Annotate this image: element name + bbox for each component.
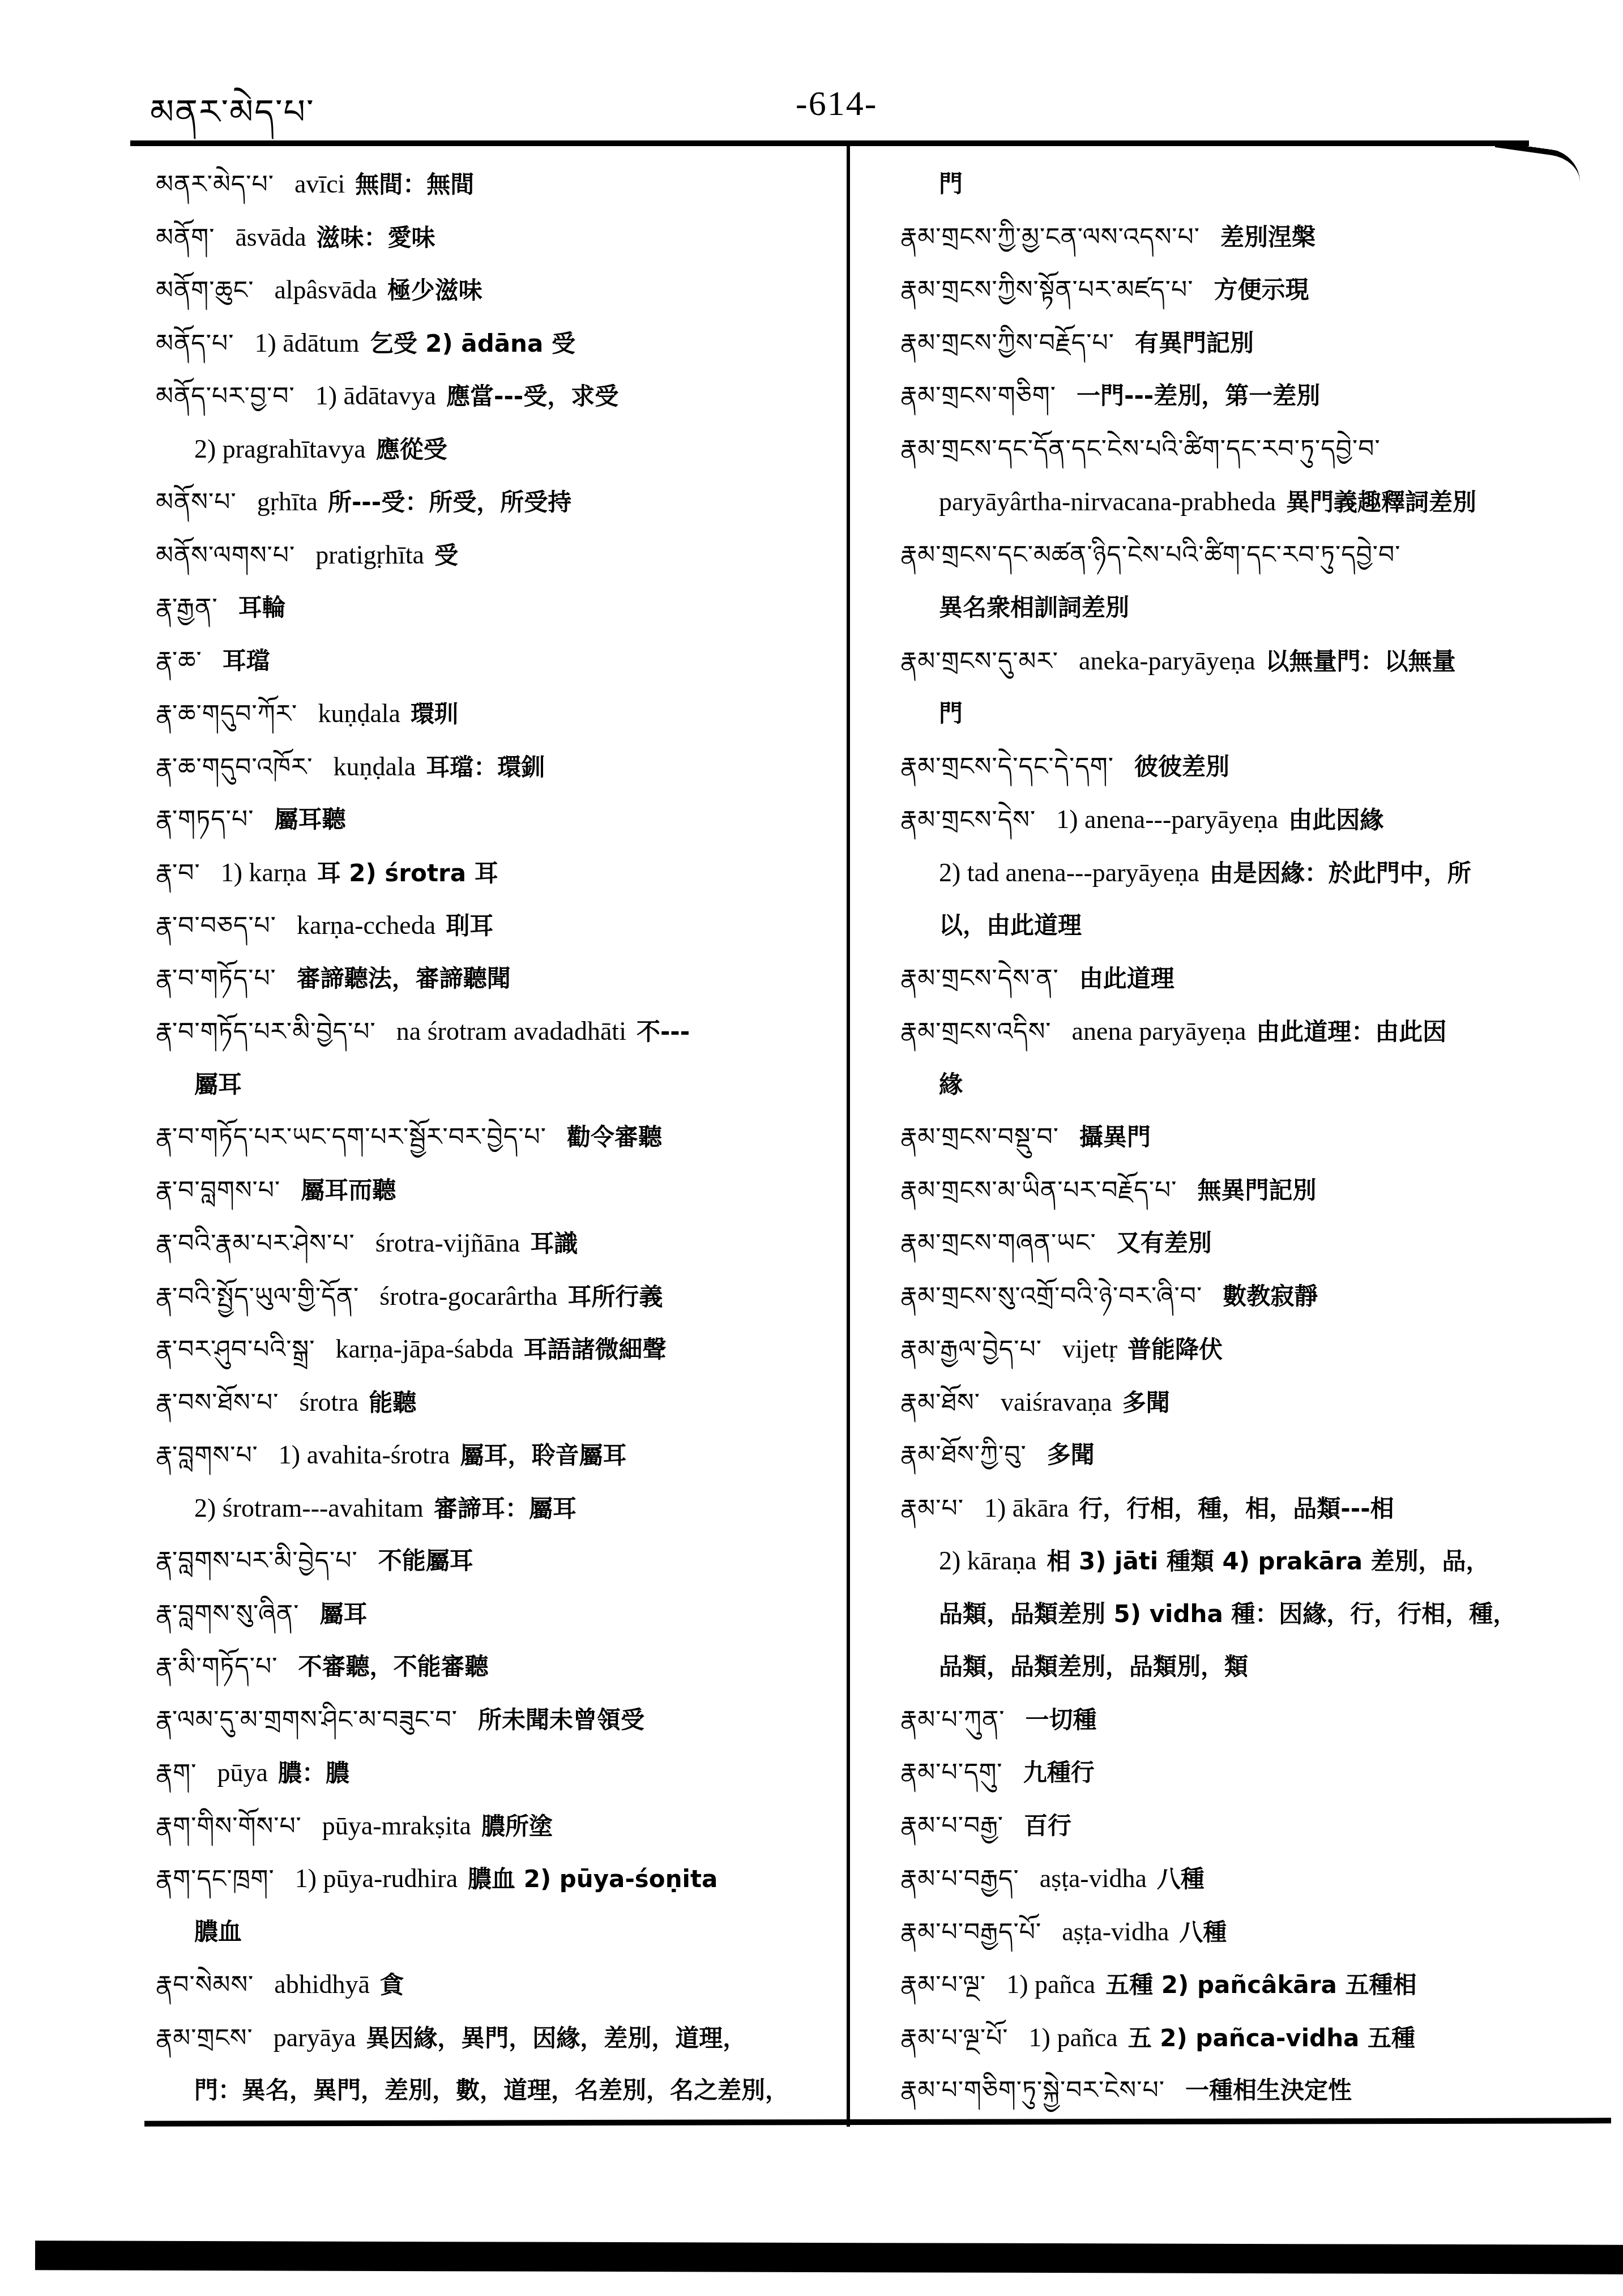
- tibetan-headword: རྣ་བས་ཐོས་པ་: [156, 1388, 279, 1417]
- chinese-gloss: 所---受：所受，所受持: [328, 488, 571, 516]
- dictionary-entry: རྣ་བ་བླགས་པ་屬耳而聽: [156, 1164, 835, 1217]
- dictionary-entry: རྣ་བ་གཏོད་པ་審諦聽法，審諦聽聞: [156, 952, 835, 1005]
- chinese-gloss: 不能屬耳: [378, 1547, 473, 1574]
- dictionary-entry: རྣམ་གྲངས་དེ་དང་དེ་དག་彼彼差別: [900, 740, 1597, 793]
- dictionary-entry: རྣམ་གྲངས་ཀྱི་མྱ་ངན་ལས་འདས་པ་差別涅槃: [900, 211, 1597, 264]
- dictionary-entry: རྣ་བ་བཅད་པ་karṇa-ccheda刵耳: [156, 899, 835, 952]
- chinese-gloss: 門: [939, 699, 963, 727]
- dictionary-entry: རྣམ་གྲངས་མ་ཡིན་པར་བརྗོད་པ་無異門記別: [900, 1164, 1597, 1217]
- chinese-gloss: 應當---受，求受: [446, 382, 618, 410]
- sanskrit-equivalent: gṛhīta: [257, 487, 318, 516]
- sanskrit-equivalent: paryāya: [274, 2023, 356, 2052]
- dictionary-entry: རྣག་གིས་གོས་པ་pūya-mrakṣita膿所塗: [156, 1799, 835, 1853]
- sanskrit-equivalent: 2) tad anena---paryāyeṇa: [939, 858, 1199, 887]
- dictionary-entry: རྣ་བར་ཤུབ་པའི་སྒྲ་karṇa-jāpa-śabda耳語諸微細聲: [156, 1322, 835, 1376]
- tibetan-headword: རྣ་བ་: [156, 859, 200, 887]
- left-column: མནར་མེད་པ་avīci無間：無間མནོག་āsvāda滋味：愛味མནོག…: [156, 157, 835, 2117]
- entry-continuation: 品類，品類差別 5) vidha 種：因緣，行，行相，種，: [900, 1587, 1597, 1641]
- chinese-gloss: 一門---差別，第一差別: [1077, 382, 1320, 409]
- chinese-gloss: 耳語諸微細聲: [524, 1335, 667, 1363]
- dictionary-entry: རྣམ་པ་ལྔ་1) pañca五種 2) pañcâkāra 五種相: [900, 1958, 1597, 2011]
- tibetan-headword: རྣ་ཆ་: [156, 646, 202, 675]
- chinese-gloss: 門：異名，異門，差別，數，道理，名差別，名之差別，: [194, 2076, 789, 2104]
- tibetan-headword: རྣ་བ་བཅད་པ་: [156, 911, 276, 940]
- sanskrit-equivalent: 1) ādātum: [254, 328, 359, 357]
- tibetan-headword: རྣམ་གྲངས་དེས་: [900, 805, 1036, 834]
- sanskrit-equivalent: kuṇḍala: [334, 752, 416, 781]
- chinese-gloss: 耳所行義: [567, 1283, 663, 1311]
- tibetan-headword: མནོད་པར་བྱ་བ་: [156, 382, 295, 411]
- chinese-gloss: 八種: [1179, 1918, 1227, 1946]
- sanskrit-equivalent: 2) śrotram---avahitam: [194, 1493, 424, 1522]
- chinese-gloss: 品類，品類差別 5) vidha 種：因緣，行，行相，種，: [939, 1600, 1517, 1628]
- chinese-gloss: 方便示現: [1214, 276, 1309, 304]
- chinese-gloss: 以無量門：以無量: [1266, 647, 1456, 675]
- chinese-gloss: 百行: [1024, 1812, 1071, 1840]
- tibetan-headword: རྣམ་ཐོས་ཀྱི་བུ་: [900, 1440, 1027, 1469]
- tibetan-headword: རྣ་བླགས་པ་: [156, 1441, 258, 1470]
- chinese-gloss: 異門義趣釋詞差別: [1286, 488, 1476, 516]
- tibetan-headword: རྣམ་གྲངས་གཅིག་: [900, 381, 1056, 410]
- dictionary-entry: རྣ་ཆ་གདུབ་ཀོར་kuṇḍala環玔: [156, 687, 835, 740]
- dictionary-entry: རྣམ་གྲངས་ཀྱིས་སྟོན་པར་མཛད་པ་方便示現: [900, 263, 1597, 317]
- dictionary-entry: རྣམ་ཐོས་ཀྱི་བུ་多聞: [900, 1428, 1597, 1482]
- chinese-gloss: 行，行相，種，相，品類---相: [1079, 1495, 1394, 1522]
- tibetan-headword: མནར་མེད་པ་: [156, 170, 274, 199]
- chinese-gloss: 膿血: [194, 1918, 242, 1945]
- sanskrit-equivalent: 1) pūya-rudhira: [295, 1864, 458, 1893]
- sanskrit-equivalent: karṇa-ccheda: [297, 911, 435, 940]
- dictionary-entry: རྣབ་སེམས་abhidhyā貪: [156, 1958, 835, 2011]
- sanskrit-equivalent: śrotra-gocarârtha: [379, 1282, 557, 1311]
- tibetan-headword: རྣག་: [156, 1759, 197, 1787]
- tibetan-headword: རྣམ་གྲངས་དུ་མར་: [900, 647, 1058, 676]
- tibetan-headword: རྣ་གཏད་པ་: [156, 805, 254, 834]
- tibetan-headword: རྣ་རྒྱན་: [156, 593, 218, 622]
- sanskrit-equivalent: pūya-mrakṣita: [322, 1811, 471, 1840]
- chinese-gloss: 由此道理：由此因: [1256, 1018, 1446, 1045]
- chinese-gloss: 數教寂靜: [1223, 1282, 1318, 1310]
- chinese-gloss: 屬耳而聽: [301, 1176, 396, 1204]
- tibetan-headword: མནོད་པ་: [156, 329, 234, 358]
- chinese-gloss: 滋味：愛味: [317, 224, 435, 251]
- chinese-gloss: 耳識: [530, 1230, 578, 1257]
- entry-continuation: 屬耳: [156, 1058, 835, 1111]
- sanskrit-equivalent: 1) avahita-śrotra: [279, 1440, 450, 1469]
- sanskrit-equivalent: āsvāda: [235, 223, 306, 251]
- entry-continuation: 以，由此道理: [900, 899, 1597, 952]
- dictionary-entry: རྣ་རྒྱན་耳輪: [156, 581, 835, 634]
- chinese-gloss: 耳璫：環釧: [426, 753, 545, 781]
- tibetan-headword: རྣམ་གྲངས་བསྡུ་བ་: [900, 1123, 1059, 1151]
- chinese-gloss: 由此因緣: [1288, 806, 1383, 834]
- chinese-gloss: 有異門記別: [1135, 329, 1254, 357]
- entry-continuation: 緣: [900, 1058, 1597, 1111]
- chinese-gloss: 環玔: [411, 700, 458, 728]
- tibetan-headword: རྣམ་གྲངས་དེས་ན་: [900, 964, 1059, 993]
- tibetan-headword: རྣམ་པ་: [900, 1494, 964, 1523]
- tibetan-headword: རྣམ་པ་བརྒྱད་: [900, 1864, 1019, 1893]
- chinese-gloss: 以，由此道理: [939, 911, 1082, 939]
- chinese-gloss: 審諦聽法，審諦聽聞: [297, 965, 511, 992]
- chinese-gloss: 八種: [1157, 1865, 1205, 1893]
- tibetan-headword: རྣམ་གྲངས་དེ་དང་དེ་དག་: [900, 752, 1114, 781]
- dictionary-entry: རྣ་ལམ་དུ་མ་གྲགས་ཤིང་མ་བཟུང་བ་所未聞未曾領受: [156, 1693, 835, 1747]
- dictionary-entry: རྣམ་གྲངས་དང་མཚན་ཉིད་ངེས་པའི་ཚིག་དང་རབ་ཏུ…: [900, 528, 1597, 582]
- dictionary-entry: མནར་མེད་པ་avīci無間：無間: [156, 157, 835, 211]
- footer-rule: [144, 2118, 1611, 2126]
- sanskrit-equivalent: śrotra: [299, 1388, 358, 1416]
- tibetan-headword: མནོས་ལགས་པ་: [156, 541, 295, 570]
- dictionary-entry: རྣམ་གྲངས་སུ་འགྲོ་བའི་ཉེ་བར་ཞི་བ་數教寂靜: [900, 1270, 1597, 1323]
- chinese-gloss: 品類，品類差別，品類別，類: [939, 1653, 1248, 1680]
- chinese-gloss: 貪: [380, 1971, 404, 1999]
- sanskrit-equivalent: aṣṭa-vidha: [1040, 1864, 1147, 1893]
- chinese-gloss: 由是因緣：於此門中，所: [1210, 859, 1471, 887]
- right-column: 門རྣམ་གྲངས་ཀྱི་མྱ་ངན་ལས་འདས་པ་差別涅槃རྣམ་གྲང…: [900, 157, 1597, 2117]
- dictionary-entry: མནོད་པར་བྱ་བ་1) ādātavya應當---受，求受: [156, 369, 835, 423]
- chinese-gloss: 差別涅槃: [1220, 223, 1316, 251]
- dictionary-entry: རྣ་བ་གཏོད་པར་ཡང་དག་པར་སྦྱོར་བར་བྱེད་པ་勸令…: [156, 1111, 835, 1164]
- tibetan-headword: རྣ་བླགས་སུ་ཞིན་: [156, 1599, 299, 1628]
- tibetan-headword: རྣམ་གྲངས་: [156, 2024, 253, 2052]
- tibetan-headword: རྣམ་གྲངས་ཀྱིས་སྟོན་པར་མཛད་པ་: [900, 275, 1194, 304]
- chinese-gloss: 攝異門: [1079, 1123, 1151, 1151]
- sanskrit-equivalent: aṣṭa-vidha: [1062, 1917, 1169, 1946]
- entry-continuation: paryāyârtha-nirvacana-prabheda異門義趣釋詞差別: [900, 475, 1597, 528]
- chinese-gloss: 耳輪: [238, 594, 286, 621]
- dictionary-entry: མནོས་ལགས་པ་pratigṛhīta受: [156, 528, 835, 582]
- chinese-gloss: 由此道理: [1079, 965, 1174, 992]
- sanskrit-equivalent: śrotra-vijñāna: [375, 1228, 520, 1257]
- sanskrit-equivalent: paryāyârtha-nirvacana-prabheda: [939, 487, 1276, 516]
- dictionary-entry: རྣག་དང་ཁྲག་1) pūya-rudhira膿血 2) pūya-śoṇ…: [156, 1852, 835, 1905]
- dictionary-entry: རྣམ་གྲངས་paryāya異因緣，異門，因緣，差別，道理，: [156, 2011, 835, 2064]
- tibetan-headword: རྣ་བའི་རྣམ་པར་ཤེས་པ་: [156, 1229, 355, 1258]
- sanskrit-equivalent: 1) anena---paryāyeṇa: [1056, 805, 1278, 834]
- chinese-gloss: 所未聞未曾領受: [478, 1706, 644, 1734]
- column-divider: [847, 144, 850, 2127]
- tibetan-headword: རྣ་བ་གཏོད་པར་ཡང་དག་པར་སྦྱོར་བར་བྱེད་པ་: [156, 1123, 546, 1151]
- sanskrit-equivalent: 2) kāraṇa: [939, 1546, 1036, 1575]
- chinese-gloss: 異名衆相訓詞差別: [939, 594, 1129, 621]
- tibetan-headword: རྣ་བ་གཏོད་པ་: [156, 964, 276, 993]
- dictionary-entry: རྣ་བླགས་པ་1) avahita-śrotra屬耳，聆音屬耳: [156, 1428, 835, 1482]
- chinese-gloss: 極少滋味: [387, 276, 482, 304]
- dictionary-entry: རྣམ་པ་བརྒྱད་aṣṭa-vidha八種: [900, 1852, 1597, 1905]
- sanskrit-equivalent: kuṇḍala: [318, 699, 400, 728]
- tibetan-headword: མནོག་ཆུང་: [156, 276, 254, 305]
- chinese-gloss: 不---: [637, 1018, 690, 1045]
- tibetan-headword: རྣམ་པ་དགུ་: [900, 1758, 1003, 1787]
- dictionary-entry: རྣམ་གྲངས་དང་དོན་དང་ངེས་པའི་ཚིག་དང་རབ་ཏུ་…: [900, 423, 1597, 476]
- tibetan-headword: རྣམ་གྲངས་སུ་འགྲོ་བའི་ཉེ་བར་ཞི་བ་: [900, 1282, 1202, 1311]
- dictionary-entry: རྣ་བས་ཐོས་པ་śrotra能聽: [156, 1376, 835, 1429]
- chinese-gloss: 受: [434, 541, 458, 569]
- tibetan-headword: རྣ་བར་ཤུབ་པའི་སྒྲ་: [156, 1335, 315, 1364]
- dictionary-entry: མནོད་པ་1) ādātum乞受 2) ādāna 受: [156, 317, 835, 370]
- dictionary-entry: རྣམ་གྲངས་དེས་ན་由此道理: [900, 952, 1597, 1005]
- tibetan-headword: རྣམ་ཐོས་: [900, 1388, 980, 1417]
- running-head: མནར་མེད་པ་: [150, 74, 315, 169]
- sanskrit-equivalent: vaiśravaṇa: [1001, 1388, 1112, 1416]
- sanskrit-equivalent: abhidhyā: [274, 1970, 370, 1999]
- tibetan-headword: རྣམ་གྲངས་ཀྱི་མྱ་ངན་ལས་འདས་པ་: [900, 223, 1200, 251]
- dictionary-entry: རྣམ་པ་བརྒྱ་百行: [900, 1799, 1597, 1853]
- dictionary-entry: རྣ་བའི་སྤྱོད་ཡུལ་གྱི་དོན་śrotra-gocarârt…: [156, 1270, 835, 1323]
- entry-continuation: 門: [900, 687, 1597, 740]
- sanskrit-equivalent: pūya: [217, 1758, 268, 1787]
- tibetan-headword: རྣམ་པ་བརྒྱད་པོ་: [900, 1918, 1041, 1947]
- chinese-gloss: 一切種: [1025, 1706, 1096, 1734]
- entry-continuation: 2) pragrahītavya應從受: [156, 423, 835, 476]
- chinese-gloss: 無異門記別: [1197, 1176, 1316, 1204]
- chinese-gloss: 屬耳聽: [274, 805, 345, 833]
- dictionary-entry: རྣ་བ་1) karṇa耳 2) śrotra 耳: [156, 846, 835, 899]
- chinese-gloss: 屬耳: [319, 1600, 367, 1628]
- tibetan-headword: རྣམ་པ་གཅིག་ཏུ་སྐྱེ་བར་ངེས་པ་: [900, 2076, 1165, 2105]
- dictionary-entry: རྣ་བླགས་པར་མི་བྱེད་པ་不能屬耳: [156, 1534, 835, 1587]
- sanskrit-equivalent: vijetṛ: [1062, 1334, 1117, 1363]
- tibetan-headword: རྣག་གིས་གོས་པ་: [156, 1812, 302, 1841]
- dictionary-entry: རྣག་pūya膿：膿: [156, 1746, 835, 1799]
- entry-continuation: 門：異名，異門，差別，數，道理，名差別，名之差別，: [156, 2064, 835, 2117]
- tibetan-headword: རྣ་མི་གཏོད་པ་: [156, 1652, 278, 1681]
- dictionary-entry: རྣ་བ་གཏོད་པར་མི་བྱེད་པ་na śrotram avadad…: [156, 1005, 835, 1058]
- tibetan-headword: རྣམ་པ་ལྔ་པོ་: [900, 2024, 1009, 2052]
- sanskrit-equivalent: 1) karṇa: [221, 858, 307, 887]
- dictionary-entry: རྣམ་གྲངས་གཅིག་一門---差別，第一差別: [900, 369, 1597, 423]
- dictionary-entry: རྣ་གཏད་པ་屬耳聽: [156, 793, 835, 846]
- dictionary-entry: རྣ་ཆ་耳璫: [156, 634, 835, 688]
- tibetan-headword: རྣམ་པ་ཀུན་: [900, 1705, 1005, 1734]
- dictionary-entry: རྣམ་པ་བརྒྱད་པོ་aṣṭa-vidha八種: [900, 1905, 1597, 1958]
- tibetan-headword: རྣབ་སེམས་: [156, 1970, 254, 1999]
- entry-continuation: 品類，品類差別，品類別，類: [900, 1640, 1597, 1693]
- chinese-gloss: 屬耳: [194, 1070, 242, 1098]
- tibetan-headword: རྣམ་གྲངས་དང་མཚན་ཉིད་ངེས་པའི་ཚིག་དང་རབ་ཏུ…: [900, 540, 1401, 569]
- dictionary-entry: མནོས་པ་gṛhīta所---受：所受，所受持: [156, 475, 835, 528]
- sanskrit-equivalent: 1) ādātavya: [315, 381, 436, 410]
- chinese-gloss: 普能降伏: [1127, 1335, 1223, 1363]
- chinese-gloss: 緣: [939, 1070, 963, 1098]
- entry-continuation: 門: [900, 157, 1597, 211]
- header-rule: [130, 140, 1529, 146]
- chinese-gloss: 膿血 2) pūya-śoṇita: [468, 1865, 717, 1893]
- page-header: མནར་མེད་པ་ -614-: [0, 0, 1623, 147]
- dictionary-entry: རྣམ་གྲངས་བསྡུ་བ་攝異門: [900, 1111, 1597, 1164]
- sanskrit-equivalent: alpâsvāda: [274, 275, 377, 304]
- tibetan-headword: རྣ་བ་བླགས་པ་: [156, 1176, 280, 1205]
- chinese-gloss: 刵耳: [446, 912, 493, 940]
- tibetan-headword: རྣ་བའི་སྤྱོད་ཡུལ་གྱི་དོན་: [156, 1282, 359, 1311]
- entry-continuation: 2) tad anena---paryāyeṇa由是因緣：於此門中，所: [900, 846, 1597, 899]
- chinese-gloss: 多聞: [1122, 1389, 1170, 1416]
- dictionary-entry: རྣམ་གྲངས་གཞན་ཡང་又有差別: [900, 1217, 1597, 1270]
- chinese-gloss: 無間：無間: [355, 170, 474, 198]
- tibetan-headword: མནོས་པ་: [156, 488, 237, 517]
- chinese-gloss: 五種 2) pañcâkāra 五種相: [1105, 1971, 1416, 1999]
- tibetan-headword: རྣམ་གྲངས་འདིས་: [900, 1017, 1052, 1046]
- dictionary-entry: རྣམ་པ་ཀུན་一切種: [900, 1693, 1597, 1747]
- chinese-gloss: 異因緣，異門，因緣，差別，道理，: [366, 2024, 746, 2052]
- sanskrit-equivalent: 1) pañca: [1006, 1970, 1095, 1999]
- entry-continuation: 2) kāraṇa相 3) jāti 種類 4) prakāra 差別，品，: [900, 1534, 1597, 1587]
- chinese-gloss: 勸令審聽: [567, 1123, 662, 1151]
- dictionary-entry: རྣ་བའི་རྣམ་པར་ཤེས་པ་śrotra-vijñāna耳識: [156, 1217, 835, 1270]
- chinese-gloss: 膿所塗: [481, 1812, 553, 1840]
- chinese-gloss: 彼彼差別: [1134, 753, 1229, 780]
- chinese-gloss: 乞受 2) ādāna 受: [370, 330, 575, 357]
- sanskrit-equivalent: 1) pañca: [1029, 2023, 1118, 2052]
- tibetan-headword: རྣམ་གྲངས་ཀྱིས་བརྗོད་པ་: [900, 328, 1114, 357]
- chinese-gloss: 不審聽，不能審聽: [298, 1653, 489, 1680]
- dictionary-entry: མནོག་āsvāda滋味：愛味: [156, 211, 835, 264]
- tibetan-headword: རྣམ་པ་བརྒྱ་: [900, 1811, 1003, 1840]
- chinese-gloss: 屬耳，聆音屬耳: [460, 1441, 627, 1469]
- chinese-gloss: 九種行: [1023, 1759, 1095, 1786]
- tibetan-headword: རྣམ་པ་ལྔ་: [900, 1970, 986, 1999]
- dictionary-entry: རྣམ་གྲངས་འདིས་anena paryāyeṇa由此道理：由此因: [900, 1005, 1597, 1058]
- chinese-gloss: 又有差別: [1117, 1229, 1212, 1257]
- entry-continuation: 2) śrotram---avahitam審諦耳：屬耳: [156, 1482, 835, 1535]
- dictionary-entry: རྣ་མི་གཏོད་པ་不審聽，不能審聽: [156, 1640, 835, 1693]
- chinese-gloss: 一種相生決定性: [1185, 2076, 1352, 2104]
- sanskrit-equivalent: 1) ākāra: [984, 1493, 1069, 1522]
- chinese-gloss: 耳璫: [223, 647, 270, 675]
- tibetan-headword: རྣམ་གྲངས་དང་དོན་དང་ངེས་པའི་ཚིག་དང་རབ་ཏུ་…: [900, 434, 1381, 463]
- dictionary-entry: རྣ་བླགས་སུ་ཞིན་屬耳: [156, 1587, 835, 1641]
- chinese-gloss: 門: [939, 170, 963, 198]
- tibetan-headword: རྣ་ལམ་དུ་མ་གྲགས་ཤིང་མ་བཟུང་བ་: [156, 1705, 458, 1734]
- dictionary-entry: རྣམ་གྲངས་ཀྱིས་བརྗོད་པ་有異門記別: [900, 317, 1597, 370]
- tibetan-headword: རྣམ་གྲངས་མ་ཡིན་པར་བརྗོད་པ་: [900, 1176, 1177, 1205]
- dictionary-entry: རྣམ་ཐོས་vaiśravaṇa多聞: [900, 1376, 1597, 1429]
- tibetan-headword: རྣམ་གྲངས་གཞན་ཡང་: [900, 1228, 1096, 1257]
- dictionary-entry: རྣམ་གྲངས་དུ་མར་aneka-paryāyeṇa以無量門：以無量: [900, 634, 1597, 688]
- dictionary-entry: མནོག་ཆུང་alpâsvāda極少滋味: [156, 263, 835, 317]
- sanskrit-equivalent: karṇa-jāpa-śabda: [335, 1334, 513, 1363]
- tibetan-headword: རྣ་ཆ་གདུབ་འཁོར་: [156, 753, 313, 782]
- dictionary-entry: རྣམ་གྲངས་དེས་1) anena---paryāyeṇa由此因緣: [900, 793, 1597, 846]
- chinese-gloss: 應從受: [376, 436, 447, 463]
- tibetan-headword: རྣ་ཆ་གདུབ་ཀོར་: [156, 699, 297, 728]
- scan-edge-band: [35, 2240, 1623, 2274]
- chinese-gloss: 耳 2) śrotra 耳: [317, 859, 498, 887]
- entry-continuation: 膿血: [156, 1905, 835, 1958]
- chinese-gloss: 審諦耳：屬耳: [434, 1495, 576, 1522]
- tibetan-headword: རྣ་བླགས་པར་མི་བྱེད་པ་: [156, 1546, 358, 1575]
- sanskrit-equivalent: 2) pragrahītavya: [194, 434, 366, 463]
- sanskrit-equivalent: na śrotram avadadhāti: [396, 1017, 626, 1045]
- page-number: -614-: [796, 84, 877, 124]
- dictionary-entry: རྣམ་རྒྱལ་བྱེད་པ་vijetṛ普能降伏: [900, 1322, 1597, 1376]
- dictionary-entry: རྣམ་པ་དགུ་九種行: [900, 1746, 1597, 1799]
- chinese-gloss: 多聞: [1047, 1441, 1095, 1469]
- dictionary-entry: རྣམ་པ་ལྔ་པོ་1) pañca五 2) pañca-vidha 五種: [900, 2011, 1597, 2064]
- tibetan-headword: རྣམ་རྒྱལ་བྱེད་པ་: [900, 1335, 1042, 1364]
- chinese-gloss: 膿：膿: [278, 1759, 349, 1787]
- chinese-gloss: 相 3) jāti 種類 4) prakāra 差別，品，: [1047, 1547, 1489, 1575]
- dictionary-entry: རྣ་ཆ་གདུབ་འཁོར་kuṇḍala耳璫：環釧: [156, 740, 835, 793]
- chinese-gloss: 五 2) pañca-vidha 五種: [1128, 2024, 1415, 2052]
- dictionary-entry: རྣམ་པ་1) ākāra行，行相，種，相，品類---相: [900, 1482, 1597, 1535]
- sanskrit-equivalent: anena paryāyeṇa: [1072, 1017, 1246, 1045]
- entry-continuation: 異名衆相訓詞差別: [900, 581, 1597, 634]
- tibetan-headword: རྣག་དང་ཁྲག་: [156, 1864, 275, 1893]
- tibetan-headword: རྣ་བ་གཏོད་པར་མི་བྱེད་པ་: [156, 1017, 376, 1046]
- sanskrit-equivalent: pratigṛhīta: [315, 540, 424, 569]
- dictionary-entry: རྣམ་པ་གཅིག་ཏུ་སྐྱེ་བར་ངེས་པ་一種相生決定性: [900, 2064, 1597, 2117]
- tibetan-headword: མནོག་: [156, 223, 215, 252]
- sanskrit-equivalent: aneka-paryāyeṇa: [1079, 646, 1255, 675]
- sanskrit-equivalent: avīci: [294, 169, 345, 198]
- chinese-gloss: 能聽: [369, 1389, 416, 1416]
